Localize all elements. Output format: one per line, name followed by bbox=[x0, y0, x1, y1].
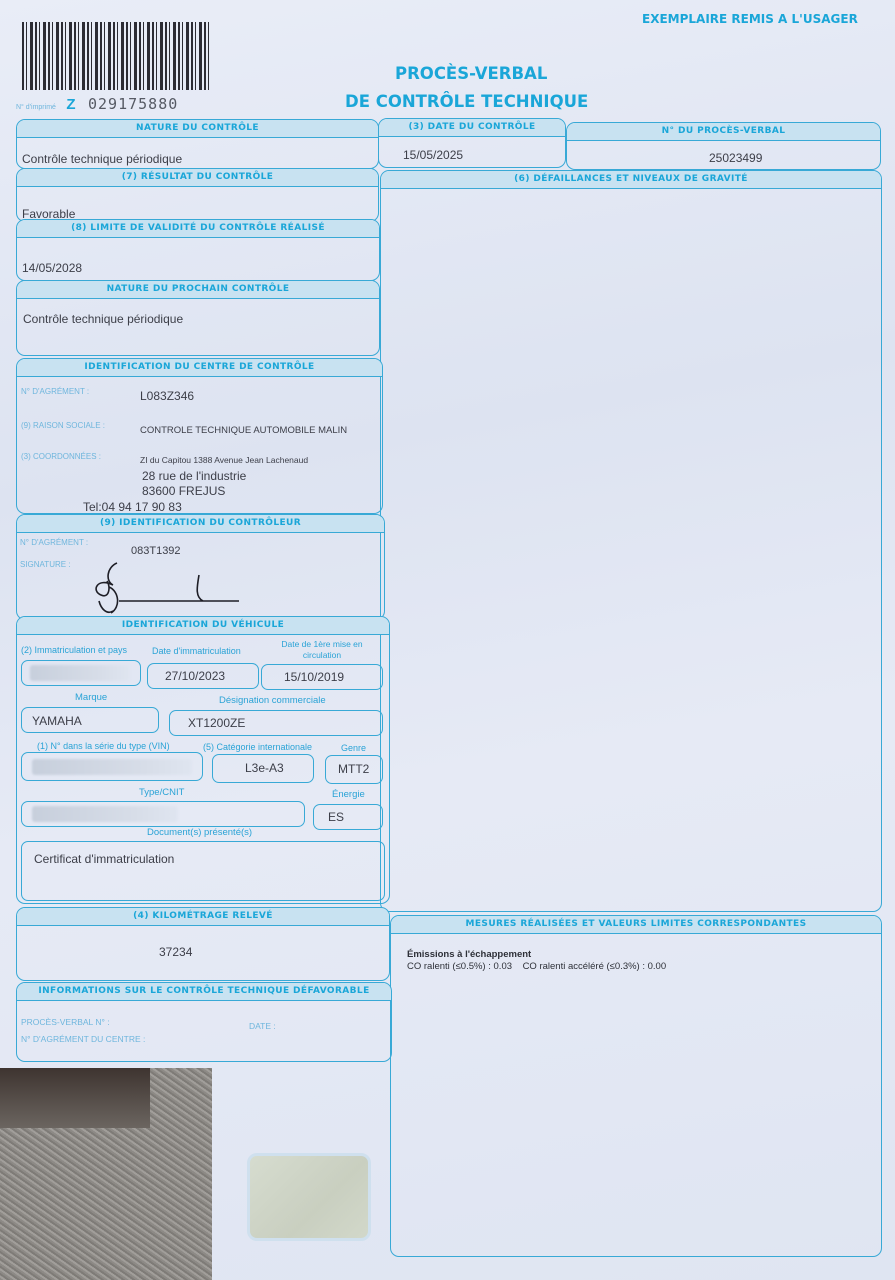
nature-controle-box: NATURE DU CONTRÔLE Contrôle technique pé… bbox=[16, 119, 379, 169]
defavorable-pv-label: PROCÈS-VERBAL N° : bbox=[21, 1017, 110, 1027]
prochain-controle-box: NATURE DU PROCHAIN CONTRÔLE Contrôle tec… bbox=[16, 280, 380, 356]
date-controle-header: (3) DATE DU CONTRÔLE bbox=[379, 119, 565, 137]
categorie-label: (5) Catégorie internationale bbox=[203, 742, 312, 752]
resultat-box: (7) RÉSULTAT DU CONTRÔLE Favorable bbox=[16, 168, 379, 222]
defavorable-agrement-label: N° D'AGRÉMENT DU CENTRE : bbox=[21, 1034, 145, 1044]
imprime-number-row: N° d'imprimé Z 029175880 bbox=[16, 95, 178, 114]
controleur-header: (9) IDENTIFICATION DU CONTRÔLEUR bbox=[17, 515, 384, 533]
genre-value: MTT2 bbox=[338, 762, 369, 776]
date-immat-value: 27/10/2023 bbox=[165, 669, 225, 683]
premiere-mise-field: 15/10/2019 bbox=[261, 664, 383, 690]
type-cnit-field bbox=[21, 801, 305, 827]
immat-redacted bbox=[30, 665, 130, 681]
premiere-mise-label: Date de 1ère mise en circulation bbox=[279, 639, 365, 661]
limite-validite-value: 14/05/2028 bbox=[22, 261, 82, 275]
controleur-agrement-label: N° D'AGRÉMENT : bbox=[20, 538, 88, 547]
coordonnees-line1: ZI du Capitou 1388 Avenue Jean Lachenaud bbox=[140, 455, 308, 465]
imprime-label: N° d'imprimé bbox=[16, 104, 56, 111]
premiere-mise-value: 15/10/2019 bbox=[284, 670, 344, 684]
nature-controle-header: NATURE DU CONTRÔLE bbox=[17, 120, 378, 138]
categorie-value: L3e-A3 bbox=[245, 761, 284, 775]
page-title-line2: DE CONTRÔLE TECHNIQUE bbox=[345, 92, 588, 111]
categorie-field: L3e-A3 bbox=[212, 754, 314, 783]
mesures-title: Émissions à l'échappement bbox=[407, 949, 531, 960]
designation-value: XT1200ZE bbox=[188, 716, 245, 730]
genre-label: Genre bbox=[341, 743, 366, 753]
imprime-number: 029175880 bbox=[88, 95, 178, 113]
page-title-line1: PROCÈS-VERBAL bbox=[395, 64, 547, 83]
documents-value: Certificat d'immatriculation bbox=[34, 852, 174, 866]
centre-telephone: Tel:04 94 17 90 83 bbox=[83, 500, 182, 514]
energie-value: ES bbox=[328, 810, 344, 824]
energie-label: Énergie bbox=[332, 789, 365, 800]
background-fabric bbox=[0, 1068, 212, 1280]
designation-field: XT1200ZE bbox=[169, 710, 383, 736]
documents-field: Certificat d'immatriculation bbox=[21, 841, 385, 901]
genre-field: MTT2 bbox=[325, 755, 383, 784]
vin-label: (1) N° dans la série du type (VIN) bbox=[37, 741, 170, 751]
immat-label: (2) Immatriculation et pays bbox=[21, 645, 127, 655]
date-immat-field: 27/10/2023 bbox=[147, 663, 259, 689]
designation-label: Désignation commerciale bbox=[219, 695, 326, 706]
date-controle-box: (3) DATE DU CONTRÔLE 15/05/2025 bbox=[378, 118, 566, 168]
marque-label: Marque bbox=[75, 692, 107, 703]
mesures-header: MESURES RÉALISÉES ET VALEURS LIMITES COR… bbox=[391, 916, 881, 934]
defaillances-box: (6) DÉFAILLANCES ET NIVEAUX DE GRAVITÉ bbox=[380, 170, 882, 912]
resultat-header: (7) RÉSULTAT DU CONTRÔLE bbox=[17, 169, 378, 187]
numero-pv-header: N° DU PROCÈS-VERBAL bbox=[567, 123, 880, 141]
defavorable-date-label: DATE : bbox=[249, 1021, 276, 1031]
vehicule-header: IDENTIFICATION DU VÉHICULE bbox=[17, 617, 389, 635]
documents-label: Document(s) présenté(s) bbox=[147, 827, 252, 838]
coordonnees-line2: 28 rue de l'industrie bbox=[142, 469, 246, 483]
marque-value: YAMAHA bbox=[32, 714, 82, 728]
centre-agrement-value: L083Z346 bbox=[140, 389, 194, 403]
centre-header: IDENTIFICATION DU CENTRE DE CONTRÔLE bbox=[17, 359, 382, 377]
defavorable-box: INFORMATIONS SUR LE CONTRÔLE TECHNIQUE D… bbox=[16, 982, 392, 1062]
limite-validite-header: (8) LIMITE DE VALIDITÉ DU CONTRÔLE RÉALI… bbox=[17, 220, 379, 238]
imprime-letter: Z bbox=[66, 96, 75, 113]
date-immat-label: Date d'immatriculation bbox=[152, 646, 241, 656]
barcode bbox=[22, 22, 212, 90]
prochain-controle-value: Contrôle technique périodique bbox=[23, 312, 183, 326]
type-cnit-label: Type/CNIT bbox=[139, 787, 184, 798]
nature-controle-value: Contrôle technique périodique bbox=[22, 152, 182, 166]
mesures-box: MESURES RÉALISÉES ET VALEURS LIMITES COR… bbox=[390, 915, 882, 1257]
type-cnit-redacted bbox=[32, 806, 178, 822]
controleur-box: (9) IDENTIFICATION DU CONTRÔLEUR N° D'AG… bbox=[16, 514, 385, 620]
raison-sociale-value: CONTROLE TECHNIQUE AUTOMOBILE MALIN bbox=[140, 425, 347, 436]
vin-redacted bbox=[32, 759, 192, 775]
coordonnees-label: (3) COORDONNÉES : bbox=[21, 452, 101, 461]
marque-field: YAMAHA bbox=[21, 707, 159, 733]
date-controle-value: 15/05/2025 bbox=[403, 148, 463, 162]
centre-box: IDENTIFICATION DU CENTRE DE CONTRÔLE N° … bbox=[16, 358, 383, 514]
centre-agrement-label: N° D'AGRÉMENT : bbox=[21, 387, 89, 396]
vin-field bbox=[21, 752, 203, 781]
raison-sociale-label: (9) RAISON SOCIALE : bbox=[21, 421, 105, 430]
kilometrage-header: (4) KILOMÉTRAGE RELEVÉ bbox=[17, 908, 389, 926]
defaillances-header: (6) DÉFAILLANCES ET NIVEAUX DE GRAVITÉ bbox=[381, 171, 881, 189]
kilometrage-box: (4) KILOMÉTRAGE RELEVÉ 37234 bbox=[16, 907, 390, 981]
signature-label: SIGNATURE : bbox=[20, 560, 71, 569]
numero-pv-box: N° DU PROCÈS-VERBAL 25023499 bbox=[566, 122, 881, 170]
signature-icon bbox=[89, 557, 249, 619]
controleur-agrement-value: 083T1392 bbox=[131, 545, 181, 557]
coordonnees-line3: 83600 FREJUS bbox=[142, 484, 225, 498]
hologram-window bbox=[247, 1153, 371, 1241]
mesures-co-values: CO ralenti (≤0.5%) : 0.03 CO ralenti acc… bbox=[407, 961, 666, 972]
immat-field bbox=[21, 660, 141, 686]
limite-validite-box: (8) LIMITE DE VALIDITÉ DU CONTRÔLE RÉALI… bbox=[16, 219, 380, 281]
defavorable-header: INFORMATIONS SUR LE CONTRÔLE TECHNIQUE D… bbox=[17, 983, 391, 1001]
energie-field: ES bbox=[313, 804, 383, 830]
kilometrage-value: 37234 bbox=[159, 945, 192, 959]
prochain-controle-header: NATURE DU PROCHAIN CONTRÔLE bbox=[17, 281, 379, 299]
vehicule-box: IDENTIFICATION DU VÉHICULE (2) Immatricu… bbox=[16, 616, 390, 904]
numero-pv-value: 25023499 bbox=[709, 151, 762, 165]
inspection-report-page: EXEMPLAIRE REMIS A L'USAGER PROCÈS-VERBA… bbox=[0, 0, 895, 1280]
copy-label: EXEMPLAIRE REMIS A L'USAGER bbox=[642, 12, 858, 26]
